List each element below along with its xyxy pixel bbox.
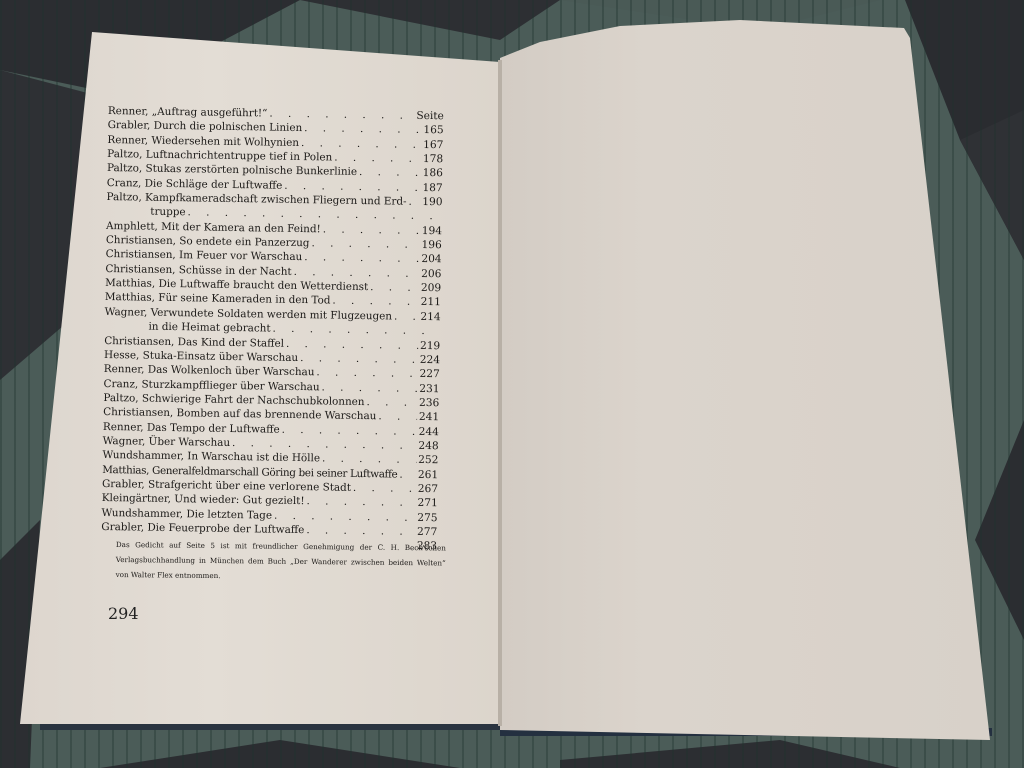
toc-page-number: 231 (419, 381, 439, 396)
toc-page-number: 252 (418, 453, 438, 468)
toc-author: Christiansen (106, 248, 173, 261)
toc-page-number: 194 (422, 224, 442, 239)
toc-page-number: 224 (420, 353, 440, 368)
toc-page-number: 190 (422, 195, 442, 210)
leader-dots (322, 452, 416, 468)
toc-page-number: 167 (423, 138, 443, 153)
toc-author: Wundshammer (101, 507, 179, 520)
table-of-contents: Renner, „Auftrag ausgeführt!“ Seite Grab… (101, 104, 444, 554)
toc-author: Paltzo (106, 191, 138, 204)
toc-page-number: 211 (421, 295, 441, 310)
toc-title: Sturzkampfflieger über Warschau (141, 378, 319, 393)
toc-page-number: 204 (421, 252, 441, 267)
page-number-folio: 294 (108, 604, 139, 623)
toc-title: Das Tempo der Luftwaffe (147, 421, 280, 435)
leader-dots (321, 380, 417, 396)
toc-page-number: 236 (419, 396, 439, 411)
toc-title: Und wieder: Gut gezielt! (174, 493, 304, 507)
toc-page-number: 178 (423, 152, 443, 167)
toc-author: Wagner (103, 435, 142, 448)
toc-page-number: 214 (420, 310, 440, 325)
toc-author: Matthias (105, 277, 152, 290)
toc-title: Luftnachrichtentruppe tief in Polen (146, 149, 333, 164)
toc-title: In Warschau ist die Hölle (187, 451, 320, 465)
leader-dots (359, 165, 421, 180)
toc-title: Mit der Kamera an den Feind! (161, 221, 321, 236)
toc-author: Amphlett (106, 220, 155, 233)
toc-page-number: 187 (422, 181, 442, 196)
toc-author: Paltzo (107, 162, 139, 175)
toc-author: Wagner (105, 306, 144, 319)
toc-title: „Auftrag ausgeführt!“ (152, 106, 268, 120)
toc-title: Über Warschau (149, 436, 231, 449)
toc-title: Das Wolkenloch über Warschau (148, 364, 315, 379)
toc-title: Wiedersehen mit Wolhynien (151, 134, 299, 148)
toc-author: Cranz (104, 377, 135, 389)
toc-page-number: 277 (417, 525, 437, 540)
right-page-blank (500, 18, 990, 742)
toc-page-number: 248 (418, 439, 438, 454)
leader-dots (323, 222, 420, 238)
toc-author: Cranz (107, 177, 138, 189)
toc-page-number: 275 (417, 511, 437, 526)
toc-author: Renner (103, 421, 141, 434)
toc-author: Kleingärtner (102, 492, 168, 505)
toc-title-continuation: truppe (150, 205, 186, 220)
leader-dots (353, 481, 416, 496)
toc-page-number: 165 (423, 123, 443, 138)
leader-dots (394, 309, 419, 324)
leader-dots (378, 410, 417, 425)
toc-page-number: 244 (419, 424, 439, 439)
toc-title: Die Feuerprobe der Luftwaffe (147, 522, 304, 536)
toc-page-number: 241 (419, 410, 439, 425)
leader-dots (332, 294, 418, 310)
toc-page-number: 227 (419, 367, 439, 382)
toc-author: Christiansen (103, 406, 170, 419)
toc-author: Grabler (101, 521, 141, 534)
book-gutter (498, 60, 502, 726)
toc-title: Im Feuer vor Warschau (179, 250, 302, 264)
toc-author: Renner (108, 105, 146, 118)
toc-author: Christiansen (105, 263, 172, 276)
leader-dots (366, 395, 417, 410)
toc-title: Durch die polnischen Linien (154, 120, 303, 134)
toc-author: Hesse (104, 349, 136, 362)
toc-page-number: 267 (418, 482, 438, 497)
toc-title: Für seine Kameraden in den Tod (158, 292, 330, 307)
toc-author: Grabler (102, 478, 142, 491)
toc-author: Paltzo (103, 392, 135, 405)
toc-title: Die letzten Tage (186, 508, 272, 521)
toc-page-number: 209 (421, 281, 441, 296)
toc-page-number: 206 (421, 267, 441, 282)
leader-dots (316, 365, 417, 381)
toc-author: Grabler (108, 119, 148, 132)
toc-author: Wundshammer (102, 449, 180, 462)
toc-title: Stuka-Einsatz über Warschau (143, 349, 299, 363)
toc-title: Das Kind der Staffel (178, 336, 284, 350)
footnote-copyright: Das Gedicht auf Seite 5 ist mit freundli… (116, 537, 446, 585)
toc-title: So endete ein Panzerzug (179, 235, 309, 249)
column-header-seite: Seite (416, 109, 444, 124)
leader-dots (306, 523, 415, 539)
toc-page-number: 196 (421, 238, 441, 253)
toc-author: Christiansen (106, 234, 173, 247)
leader-dots (399, 467, 416, 482)
toc-page-number: 261 (418, 468, 438, 483)
toc-author: Paltzo (107, 148, 139, 161)
toc-author: Matthias (105, 291, 152, 304)
toc-author: Matthias (102, 464, 146, 477)
toc-title: Die Schläge der Luftwaffe (145, 177, 283, 191)
toc-page-number: 219 (420, 338, 440, 353)
toc-title: Schüsse in der Nacht (179, 264, 292, 278)
toc-author: Renner (107, 134, 145, 147)
toc-author: Christiansen (104, 334, 171, 347)
leader-dots (370, 280, 419, 295)
toc-page-number: 271 (417, 496, 437, 511)
toc-page-number: 186 (423, 166, 443, 181)
leader-dots (334, 151, 421, 167)
toc-author: Renner (104, 363, 142, 376)
leader-dots (408, 195, 420, 210)
